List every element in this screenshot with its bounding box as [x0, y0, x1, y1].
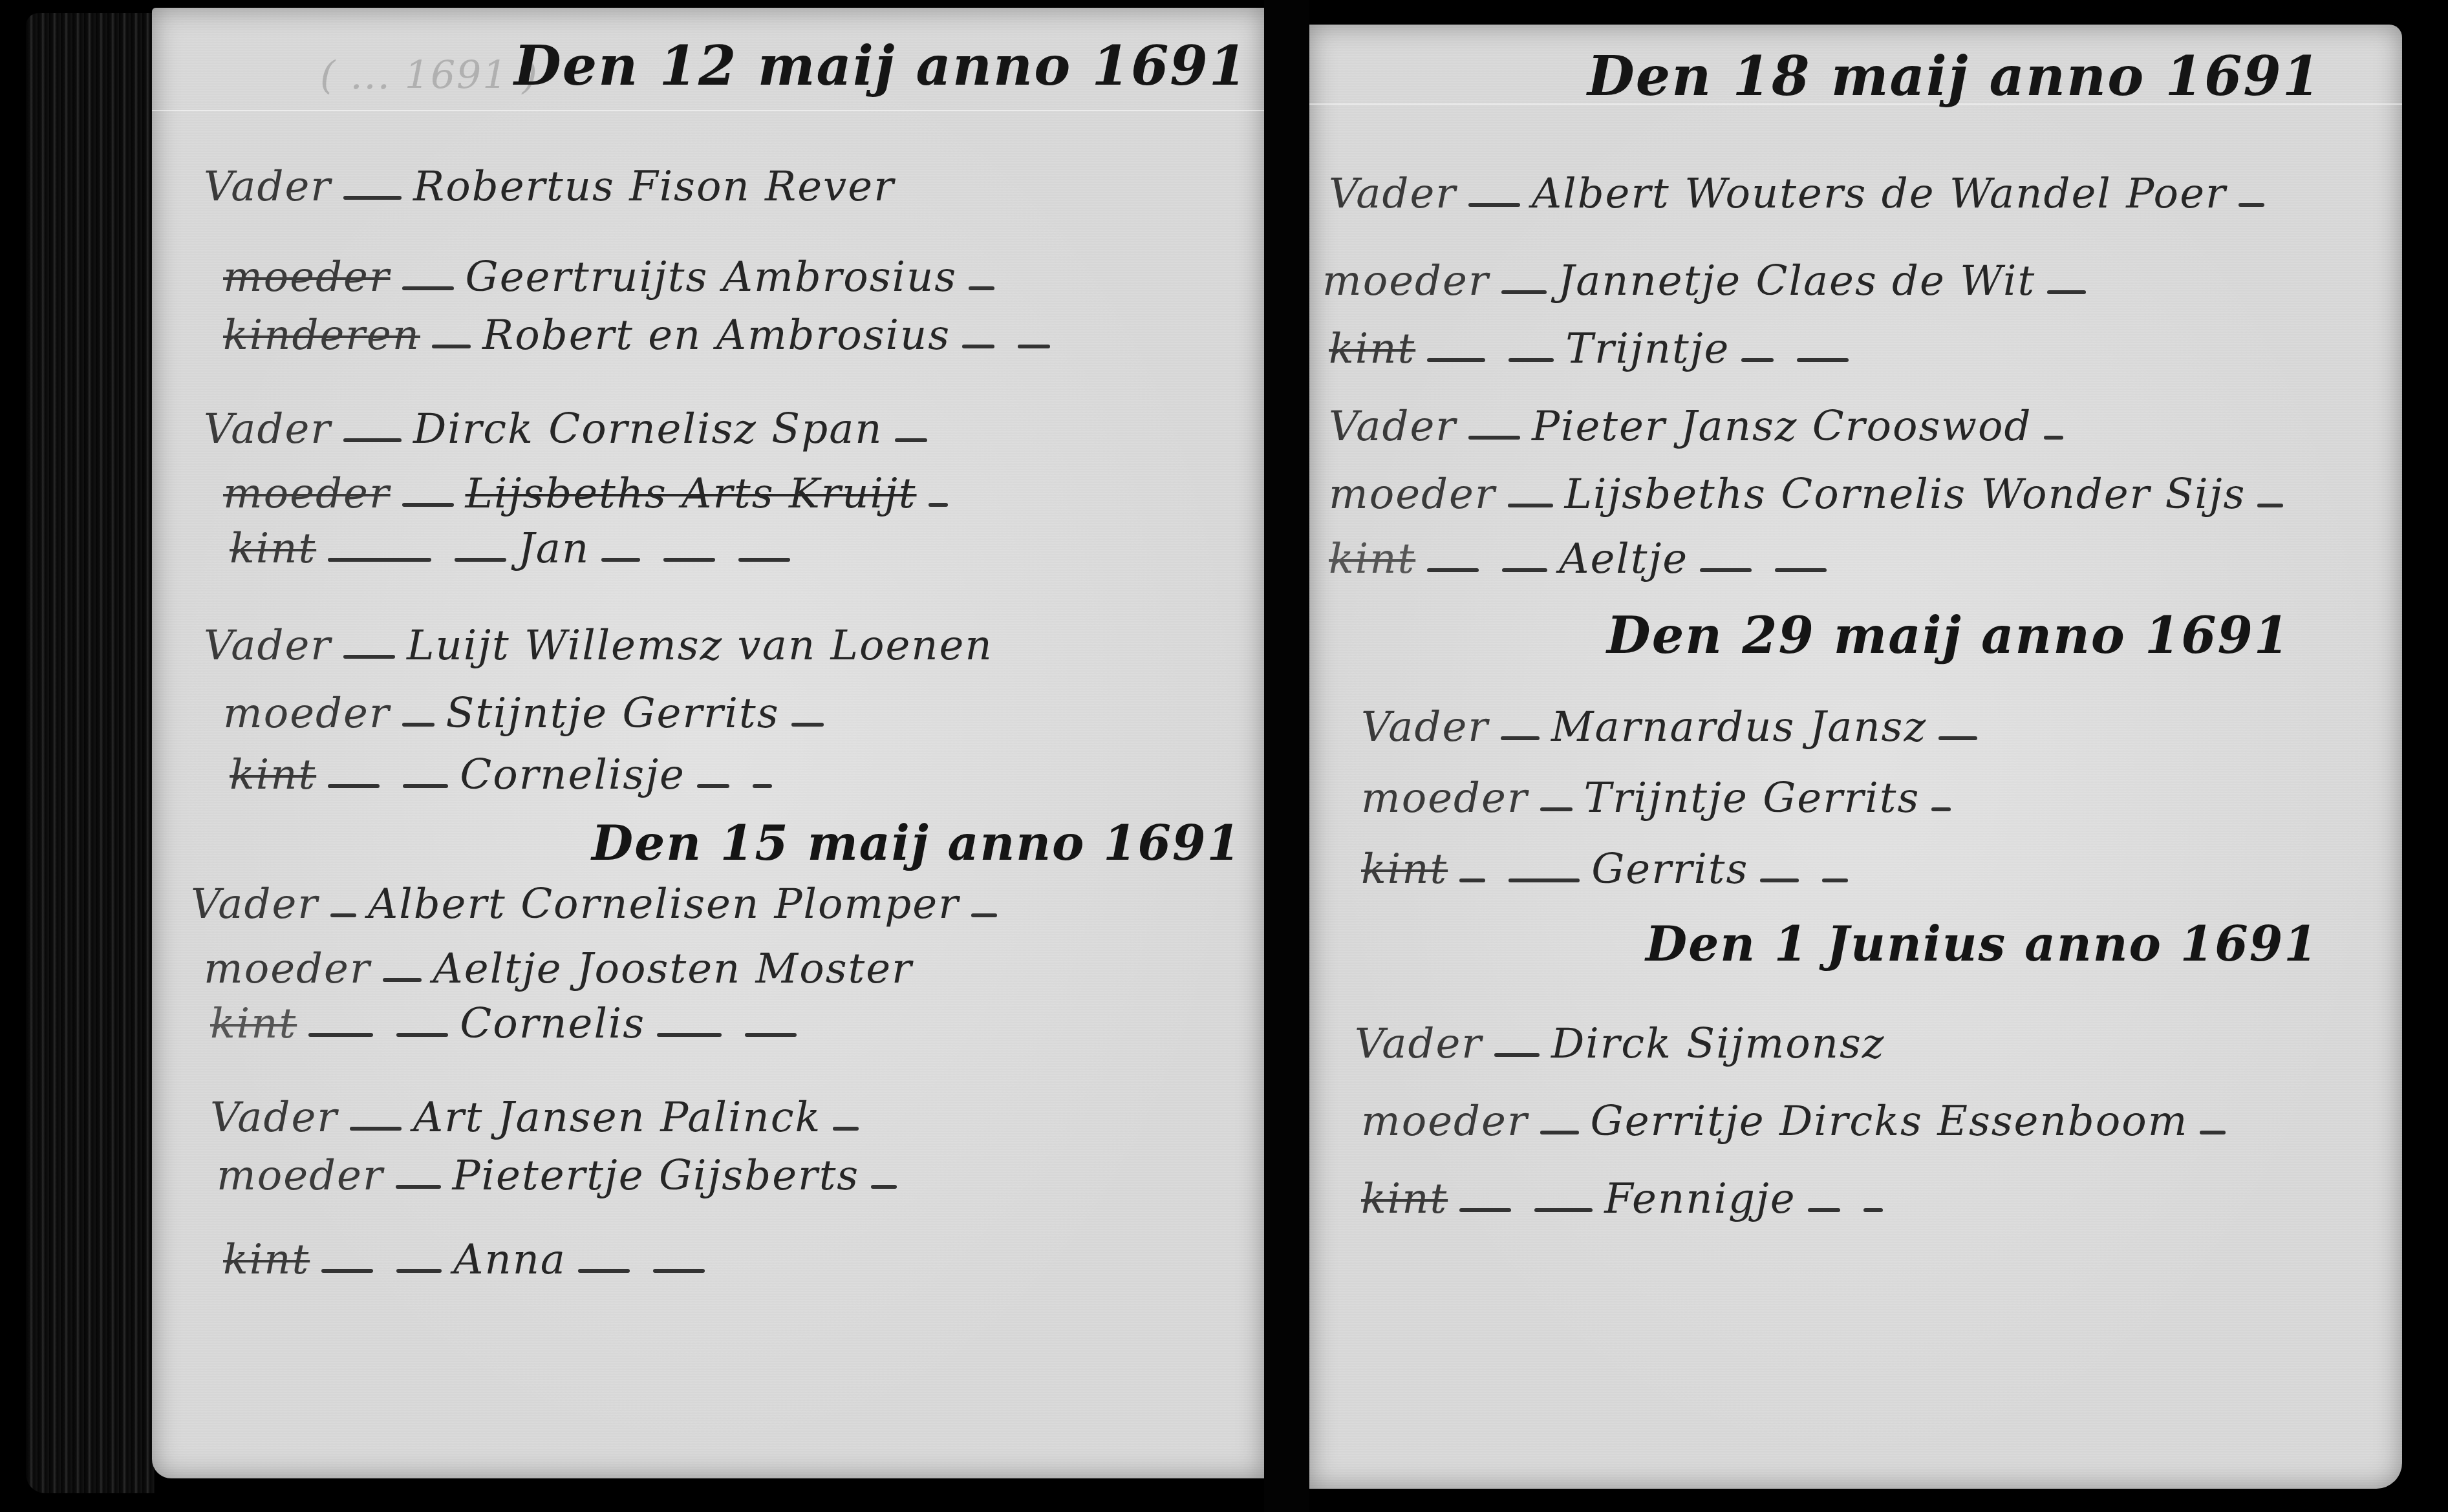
dash [1468, 436, 1520, 440]
dash [383, 978, 422, 982]
entry-vader-row: VaderRobertus Fison Rever [204, 163, 895, 211]
dash [328, 784, 380, 788]
kind-name: Robert en Ambrosius [482, 312, 950, 359]
moeder-name: Lijsbeths Arts Kruijt [466, 470, 917, 518]
dash [697, 784, 729, 788]
entry-vader-row: VaderAlbert Wouters de Wandel Poer [1329, 170, 2276, 218]
entry-kind-row: kintTrijntje [1329, 325, 1860, 373]
dash [350, 1127, 402, 1131]
dash [1509, 358, 1554, 362]
entry-moeder-row: moederTrijntje Gerrits [1361, 774, 1962, 822]
entry-vader-row: VaderAlbert Cornelisen Plomper [191, 880, 1009, 928]
moeder-label: moeder [204, 945, 371, 993]
dash [1822, 878, 1848, 882]
moeder-label: moeder [217, 1152, 384, 1200]
dash [969, 286, 994, 290]
kind-label: kint [1361, 846, 1448, 893]
dash [1509, 878, 1580, 882]
dash [343, 438, 402, 442]
dash [328, 558, 431, 562]
entry-moeder-row: moederStijntje Gerrits [223, 690, 835, 738]
vader-name: Dirck Cornelisz Span [413, 405, 883, 453]
dash [396, 1033, 448, 1037]
dash [455, 558, 506, 562]
right-page: Den 18 maij anno 1691 VaderAlbert Wouter… [1309, 25, 2402, 1489]
dash [2200, 1131, 2226, 1134]
moeder-name: Geertruijts Ambrosius [466, 253, 958, 301]
dash [1540, 807, 1573, 811]
entry-kind-row: kinderenRobert en Ambrosius [223, 312, 1062, 359]
dash [1797, 358, 1849, 362]
kind-label: kint [223, 1236, 310, 1284]
vader-name: Luijt Willemsz van Loenen [407, 622, 993, 670]
dash [1502, 568, 1547, 572]
dash [402, 503, 454, 507]
dash [2257, 504, 2283, 507]
dash [402, 286, 454, 290]
dash [1534, 1208, 1593, 1212]
kind-label: kint [1361, 1175, 1448, 1223]
dash [578, 1269, 630, 1273]
entry-moeder-row: moederPietertje Gijsberts [217, 1152, 908, 1200]
dash [321, 1269, 373, 1273]
entry-moeder-row: moederLijsbeths Cornelis Wonder Sijs [1329, 471, 2295, 518]
entry-moeder-row: moederAeltje Joosten Moster [204, 945, 913, 993]
kind-name: Aeltje [1559, 535, 1688, 583]
vader-name: Dirck Sijmonsz [1551, 1020, 1885, 1068]
vader-label: Vader [1361, 703, 1489, 751]
section-date: Den 29 maij anno 1691 [1607, 606, 2290, 665]
dash [1760, 878, 1799, 882]
dash [1459, 1208, 1511, 1212]
vader-name: Robertus Fison Rever [413, 163, 895, 211]
vader-label: Vader [191, 880, 319, 928]
dash [308, 1033, 373, 1037]
dash [432, 345, 471, 348]
dash [657, 1033, 722, 1037]
dash [601, 558, 640, 562]
dash [663, 558, 715, 562]
vader-label: Vader [204, 622, 332, 670]
kind-name: Jan [518, 525, 590, 573]
dash [1427, 358, 1485, 362]
section-date: Den 1 Junius anno 1691 [1646, 917, 2319, 972]
vader-name: Marnardus Jansz [1551, 703, 1927, 751]
vader-label: Vader [210, 1094, 338, 1142]
kind-name: Cornelisje [460, 751, 685, 799]
dash [2044, 436, 2063, 440]
scan-line [152, 110, 1264, 111]
dash [2239, 203, 2264, 207]
section-date: Den 15 maij anno 1691 [592, 816, 1241, 871]
dash [403, 784, 448, 788]
vader-label: Vader [1355, 1020, 1483, 1068]
moeder-name: Jannetje Claes de Wit [1558, 257, 2036, 305]
entry-moeder-row: moederJannetje Claes de Wit [1322, 257, 2098, 305]
kind-label: kint [230, 751, 316, 799]
moeder-name: Gerritje Dircks Essenboom [1591, 1098, 2189, 1145]
dash [343, 196, 402, 200]
dash [1494, 1053, 1540, 1057]
moeder-label: moeder [1322, 257, 1490, 305]
moeder-label: moeder [1361, 1098, 1529, 1145]
dash [1501, 736, 1540, 740]
kind-label: kint [1329, 325, 1415, 373]
entry-vader-row: VaderArt Jansen Palinck [210, 1094, 870, 1142]
kind-label: kinderen [223, 312, 420, 359]
section-date: Den 12 maij anno 1691 [514, 34, 1248, 98]
kind-name: Cornelis [460, 1000, 645, 1048]
moeder-label: moeder [1329, 471, 1496, 518]
vader-name: Albert Cornelisen Plomper [368, 880, 960, 928]
vader-name: Art Jansen Palinck [413, 1094, 821, 1142]
dash [330, 913, 356, 917]
dash [1508, 504, 1553, 507]
dash [1931, 807, 1951, 811]
dash [1938, 736, 1977, 740]
dash [962, 345, 994, 348]
entry-kind-row: kintJan [230, 525, 802, 573]
kind-name: Trijntje [1565, 325, 1730, 373]
dash [1863, 1208, 1883, 1212]
kind-label: kint [230, 525, 316, 573]
entry-vader-row: VaderDirck Cornelisz Span [204, 405, 939, 453]
moeder-name: Pietertje Gijsberts [453, 1152, 860, 1200]
kind-name: Gerrits [1591, 846, 1748, 893]
dash [745, 1033, 797, 1037]
dash [1459, 878, 1485, 882]
moeder-name: Lijsbeths Cornelis Wonder Sijs [1565, 471, 2246, 518]
entry-moeder-row: moederGeertruijts Ambrosius [223, 253, 1006, 301]
entry-kind-row: kintAnna [223, 1236, 716, 1284]
dash [753, 784, 772, 788]
book-gutter [1264, 0, 1309, 1512]
dash [396, 1269, 442, 1273]
vader-name: Albert Wouters de Wandel Poer [1532, 170, 2227, 218]
dash [971, 913, 997, 917]
book-page-edges [26, 13, 155, 1493]
dash [833, 1127, 859, 1131]
entry-kind-row: kintFennigje [1361, 1175, 1895, 1223]
entry-vader-row: VaderPieter Jansz Crooswod [1329, 403, 2075, 451]
dash [1775, 568, 1827, 572]
dash [791, 723, 824, 727]
dash [929, 503, 948, 507]
dash [1741, 358, 1774, 362]
section-date: Den 18 maij anno 1691 [1587, 44, 2321, 108]
dash [1501, 290, 1547, 294]
moeder-name: Stijntje Gerrits [446, 690, 780, 738]
dash [2047, 290, 2086, 294]
vader-label: Vader [1329, 170, 1457, 218]
vader-label: Vader [204, 163, 332, 211]
moeder-label: moeder [223, 253, 391, 301]
kind-name: Anna [453, 1236, 566, 1284]
entry-vader-row: VaderDirck Sijmonsz [1355, 1020, 1885, 1068]
moeder-label: moeder [1361, 774, 1529, 822]
dash [1540, 1131, 1579, 1134]
entry-moeder-row: moederLijsbeths Arts Kruijt [223, 470, 960, 518]
kind-label: kint [210, 1000, 297, 1048]
entry-vader-row: VaderMarnardus Jansz [1361, 703, 1989, 751]
ghost-text: ( ... 1691 ) [320, 53, 539, 98]
moeder-name: Aeltje Joosten Moster [433, 945, 913, 993]
dash [343, 655, 395, 659]
vader-label: Vader [204, 405, 332, 453]
dash [1468, 203, 1520, 207]
entry-moeder-row: moederGerritje Dircks Essenboom [1361, 1098, 2237, 1145]
entry-kind-row: kintCornelis [210, 1000, 808, 1048]
dash [1427, 568, 1479, 572]
entry-kind-row: kintGerrits [1361, 846, 1860, 893]
dash [653, 1269, 705, 1273]
moeder-label: moeder [223, 470, 391, 518]
dash [1808, 1208, 1840, 1212]
vader-name: Pieter Jansz Crooswod [1532, 403, 2032, 451]
dash [738, 558, 790, 562]
moeder-name: Trijntje Gerrits [1584, 774, 1920, 822]
moeder-label: moeder [223, 690, 391, 738]
entry-kind-row: kintAeltje [1329, 535, 1838, 583]
left-page: ( ... 1691 ) Den 12 maij anno 1691 Vader… [152, 8, 1264, 1478]
dash [1700, 568, 1752, 572]
dash [895, 438, 927, 442]
dash [871, 1185, 897, 1189]
vader-label: Vader [1329, 403, 1457, 451]
kind-label: kint [1329, 535, 1415, 583]
kind-name: Fennigje [1604, 1175, 1796, 1223]
dash [1018, 345, 1050, 348]
dash [402, 723, 435, 727]
entry-kind-row: kintCornelisje [230, 751, 784, 799]
dash [396, 1185, 441, 1189]
entry-vader-row: VaderLuijt Willemsz van Loenen [204, 622, 993, 670]
